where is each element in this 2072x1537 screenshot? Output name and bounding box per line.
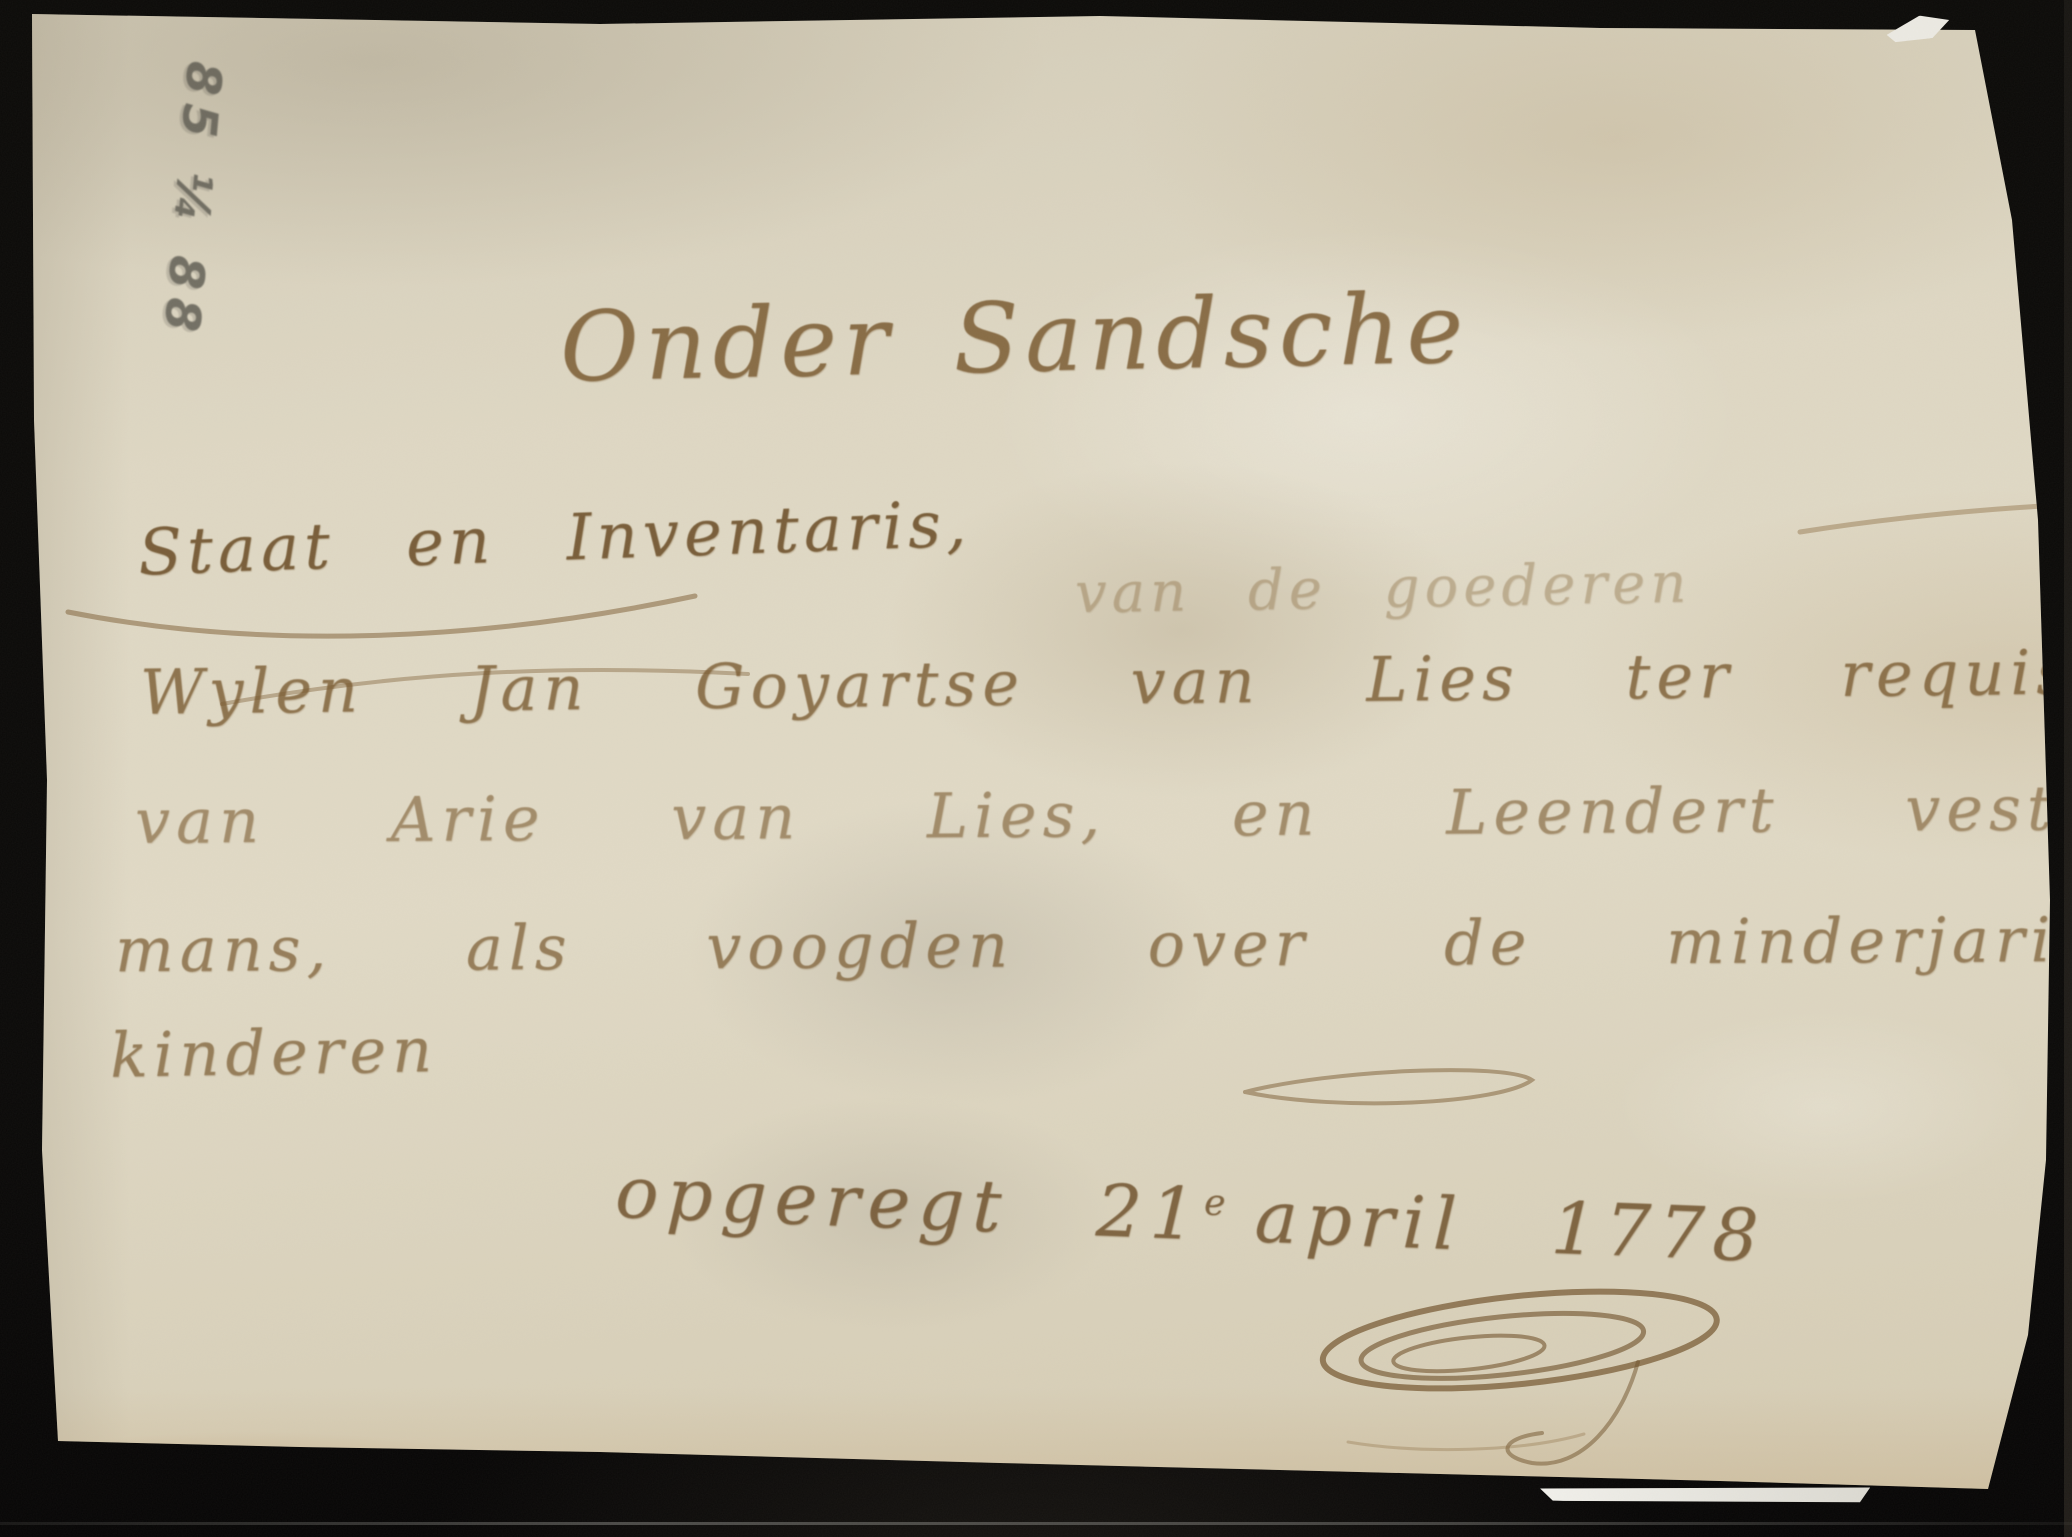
- document-title: Onder Sandsche: [559, 272, 1470, 403]
- flourish-goederen-dash: [1800, 505, 2062, 532]
- scan-right-edge: [2064, 0, 2072, 1537]
- date-line: opgeregt 21eapril 1778: [614, 1150, 1768, 1278]
- scan-bed-line: [0, 1522, 2072, 1525]
- handwritten-line-3: van Arie van Lies, en Leendert veste: [135, 771, 2072, 858]
- date-line-ordinal: e: [1203, 1182, 1226, 1224]
- document-scan: 85 ¼ 88 Onder Sandsche Staat en Inventar…: [0, 0, 2072, 1537]
- flourish-underline-staat: [68, 596, 695, 636]
- paraph-tail: [1508, 1362, 1638, 1464]
- paraph-middle-ellipse: [1358, 1302, 1647, 1389]
- handwritten-line-2: Wylen Jan Goyartse van Lies ter requisit…: [140, 634, 2072, 729]
- underlying-sheet-sliver-bottom: [1540, 1481, 1870, 1508]
- paraph-outer-ellipse: [1318, 1276, 1721, 1405]
- paraph-inner-ellipse: [1392, 1330, 1547, 1378]
- handwritten-line-4: mans, als voogden over de minderjarige: [115, 903, 2072, 987]
- handwritten-line-5: kinderen: [109, 1013, 438, 1092]
- paraph-undercurve: [1348, 1434, 1584, 1450]
- ink-flourishes: [0, 0, 2072, 1537]
- archive-number-stamp: 85 ¼ 88: [152, 59, 232, 343]
- signature-paraph: [1318, 1276, 1721, 1405]
- date-line-prefix: opgeregt 21: [614, 1150, 1205, 1257]
- flourish-underline-minderjarige: [1245, 1070, 1532, 1103]
- handwritten-line-1-faint: van de goederen: [1074, 551, 1691, 627]
- handwritten-line-1-main: Staat en Inventaris,: [137, 487, 972, 590]
- paper-sheet: 85 ¼ 88 Onder Sandsche Staat en Inventar…: [0, 0, 2072, 1537]
- date-line-suffix: april 1778: [1253, 1174, 1767, 1278]
